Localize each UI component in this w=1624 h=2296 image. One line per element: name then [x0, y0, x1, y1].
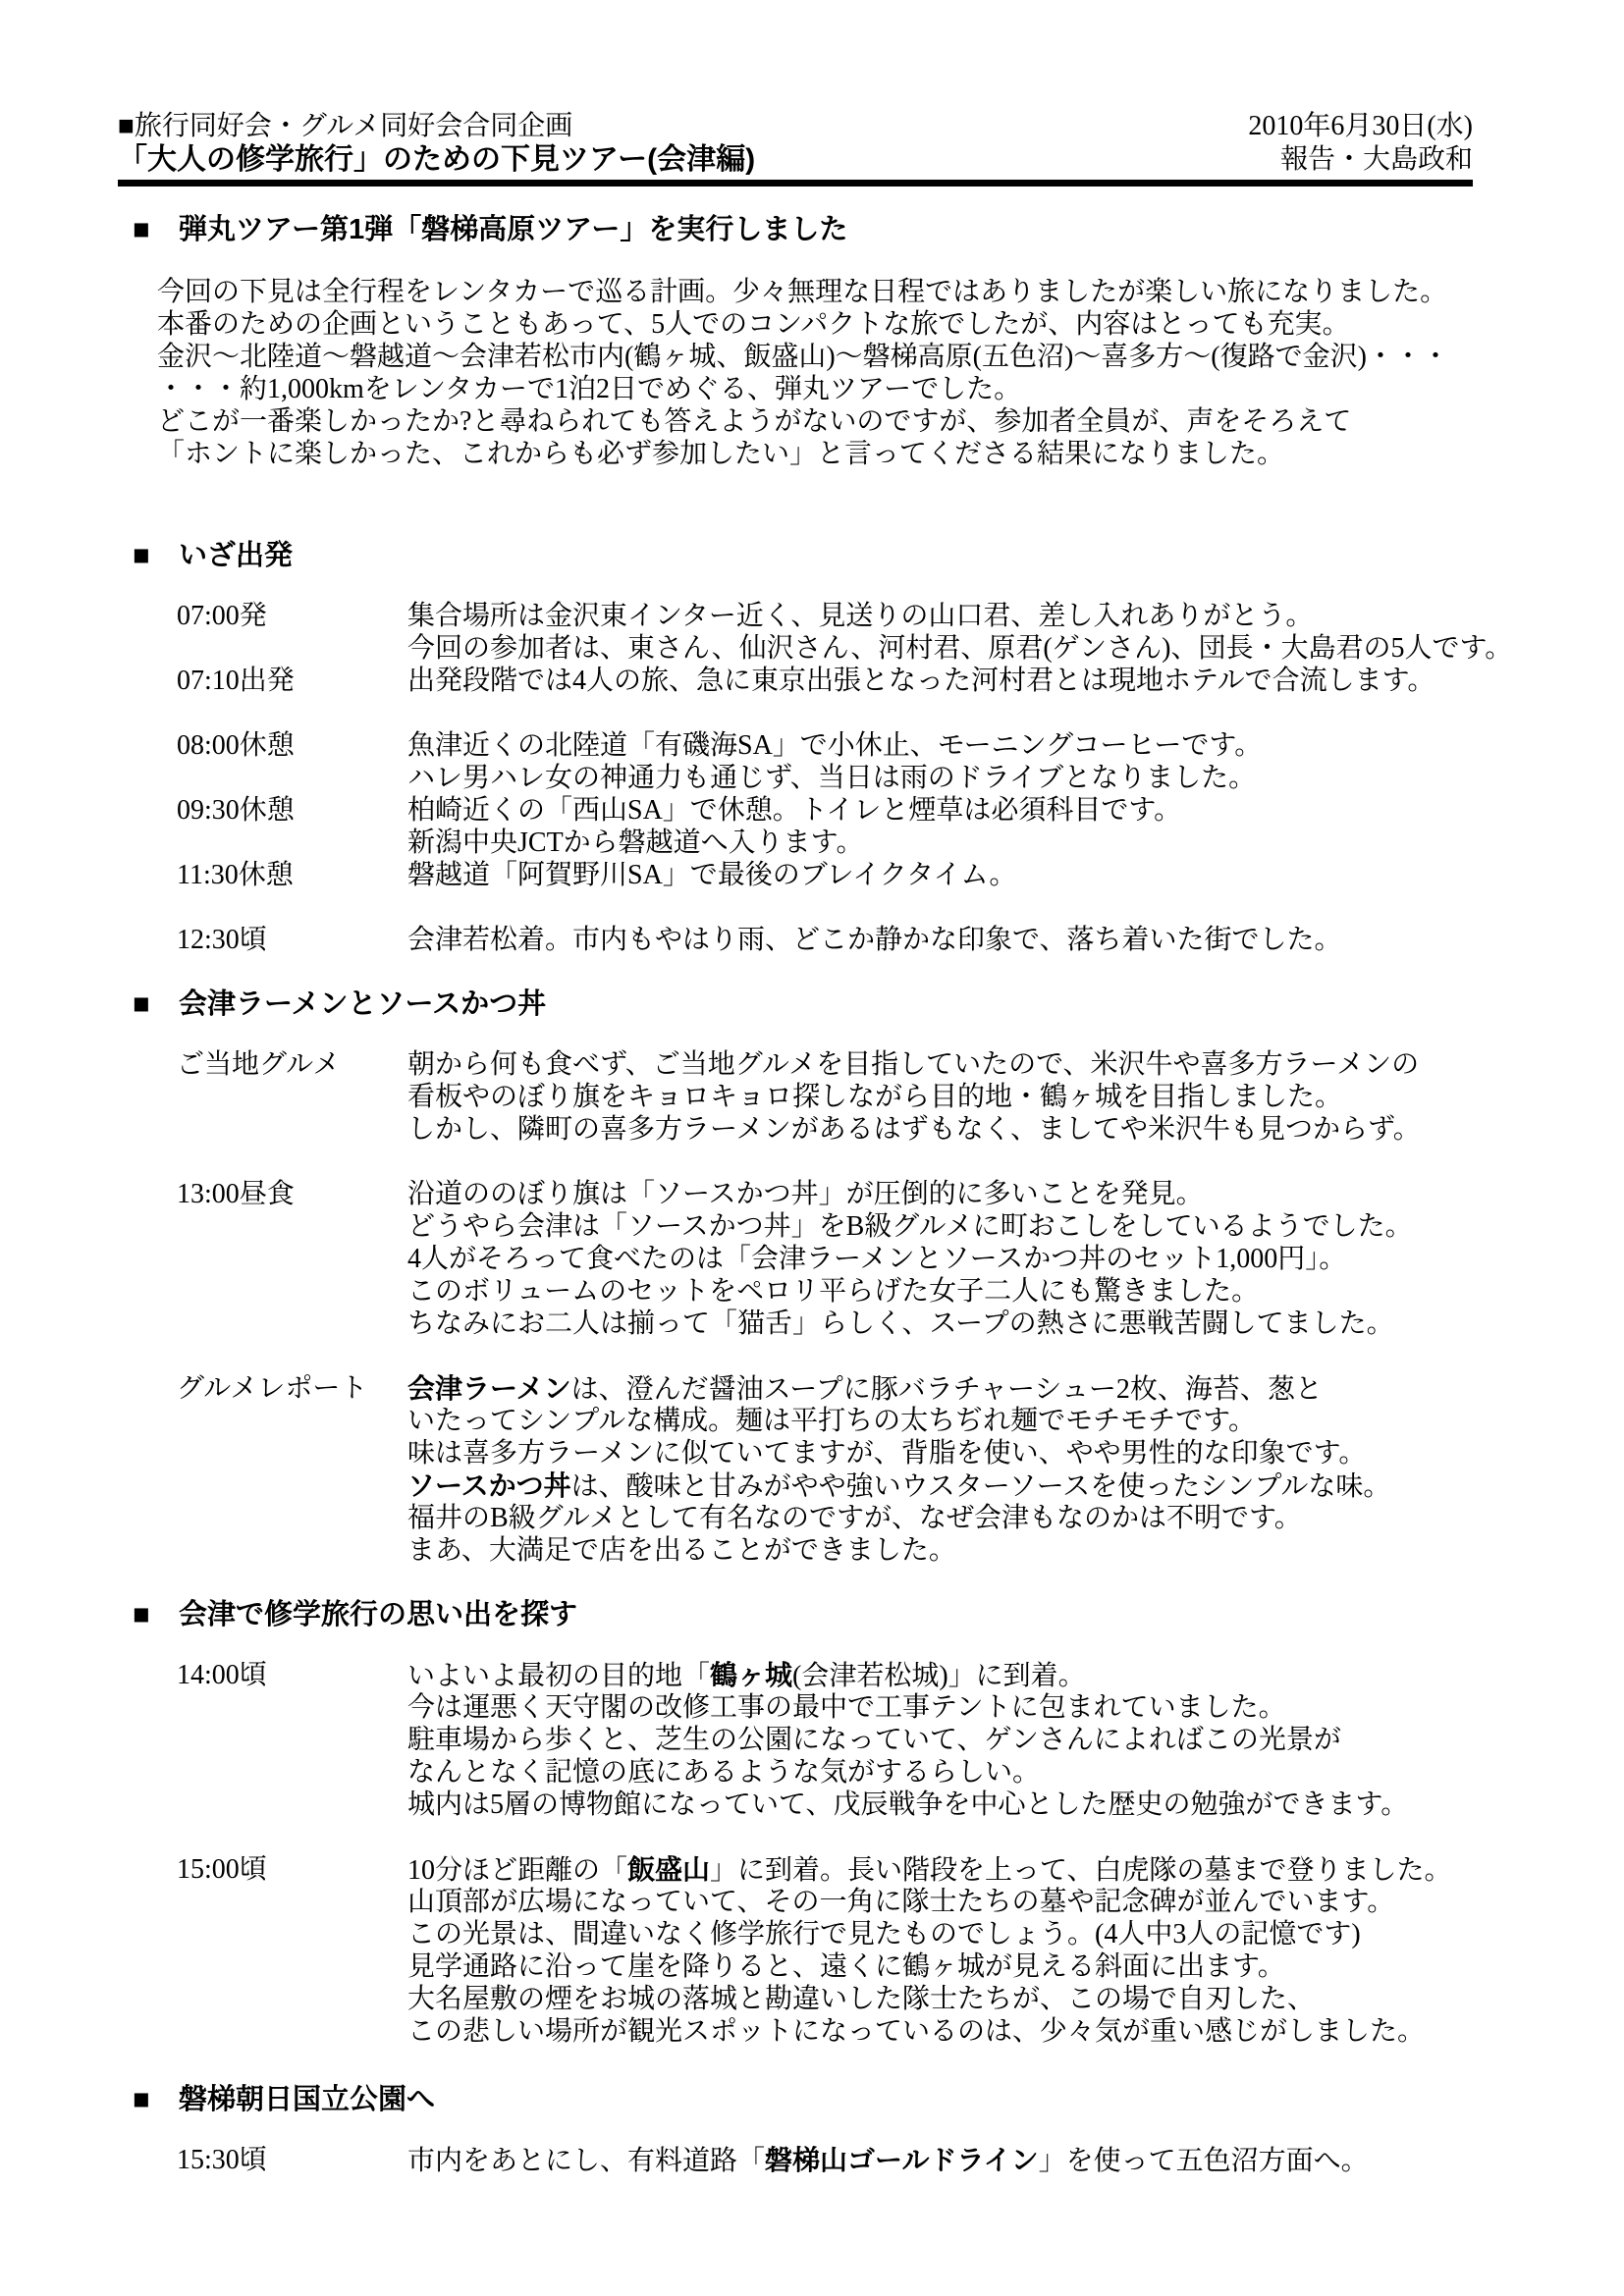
body-line: このボリュームのセットをペロリ平らげた女子二人にも驚きました。 — [407, 1275, 1502, 1308]
body-line: どこが一番楽しかったか?と尋ねられても答えようがないのですが、参加者全員が、声を… — [157, 405, 1502, 438]
body-line: 柏崎近くの「西山SA」で休憩。トイレと煙草は必須科目です。 — [407, 794, 1502, 827]
timeline-row: 09:30休憩 柏崎近くの「西山SA」で休憩。トイレと煙草は必須科目です。 新潟… — [133, 794, 1502, 859]
timeline-row: 07:10出発 出発段階では4人の旅、急に東京出張となった河村君とは現地ホテルで… — [133, 665, 1502, 697]
section-title-text: 会津で修学旅行の思い出を探す — [179, 1598, 577, 1631]
timeline-row: 15:00頃 10分ほど距離の「飯盛山」に到着。長い階段を上って、白虎隊の墓まで… — [133, 1853, 1502, 2048]
row-label: 12:30頃 — [177, 924, 267, 956]
body-line: 看板やのぼり旗をキョロキョロ探しながら目的地・鶴ヶ城を目指しました。 — [407, 1081, 1502, 1113]
body-line: 新潟中央JCTから磐越道へ入ります。 — [407, 827, 1502, 859]
body-line: 本番のための企画ということもあって、5人でのコンパクトな旅でしたが、内容はとって… — [157, 308, 1502, 341]
header-divider — [118, 180, 1473, 187]
timeline-group: 12:30頃 会津若松着。市内もやはり雨、どこか静かな印象で、落ち着いた街でした… — [133, 924, 1502, 956]
section-bandai-asahi-park: ■ 磐梯朝日国立公園へ 15:30頃 市内をあとにし、有料道路「磐梯山ゴールドラ… — [133, 2083, 1502, 2176]
section-bullet-tour: ■ 弾丸ツアー第1弾「磐梯高原ツアー」を実行しました 今回の下見は全行程をレンタ… — [133, 213, 1502, 470]
body-line: 市内をあとにし、有料道路「磐梯山ゴールドライン」を使って五色沼方面へ。 — [407, 2144, 1502, 2176]
row-label: 09:30休憩 — [177, 794, 295, 827]
row-label: 08:00休憩 — [177, 729, 295, 762]
body-line: 山頂部が広場になっていて、その一角に隊士たちの墓や記念碑が並んでいます。 — [407, 1886, 1502, 1918]
organization-line: ■旅行同好会・グルメ同好会合同企画 — [118, 110, 755, 143]
section-title-text: いざ出発 — [179, 539, 293, 572]
body-line: 朝から何も食べず、ご当地グルメを目指していたので、米沢牛や喜多方ラーメンの — [407, 1048, 1502, 1081]
body-line: この光景は、間違いなく修学旅行で見たものでしょう。(4人中3人の記憶です) — [407, 1918, 1502, 1950]
section-title: ■ 弾丸ツアー第1弾「磐梯高原ツアー」を実行しました — [133, 213, 1502, 246]
section-title: ■ いざ出発 — [133, 539, 1502, 572]
body-line: 金沢〜北陸道〜磐越道〜会津若松市内(鶴ヶ城、飯盛山)〜磐梯高原(五色沼)〜喜多方… — [157, 341, 1502, 373]
body-line: 沿道ののぼり旗は「ソースかつ丼」が圧倒的に多いことを発見。 — [407, 1178, 1502, 1210]
body-line: ハレ男ハレ女の神通力も通じず、当日は雨のドライブとなりました。 — [407, 762, 1502, 794]
body-line: まあ、大満足で店を出ることができました。 — [407, 1534, 1502, 1567]
body-line: 10分ほど距離の「飯盛山」に到着。長い階段を上って、白虎隊の墓まで登りました。 — [407, 1853, 1502, 1886]
section-title: ■ 会津で修学旅行の思い出を探す — [133, 1598, 1502, 1631]
section-gourmet: ■ 会津ラーメンとソースかつ丼 ご当地グルメ 朝から何も食べず、ご当地グルメを目… — [133, 988, 1502, 1567]
section-title-text: 弾丸ツアー第1弾「磐梯高原ツアー」を実行しました — [179, 213, 847, 246]
report-date: 2010年6月30日(水) — [1248, 110, 1473, 143]
row-label: 15:00頃 — [177, 1853, 267, 1886]
body-line: 「ホントに楽しかった、これからも必ず参加したい」と言ってくださる結果になりました… — [157, 438, 1502, 470]
row-label: 07:00発 — [177, 600, 267, 632]
timeline-row: 08:00休憩 魚津近くの北陸道「有磯海SA」で小休止、モーニングコーヒーです。… — [133, 729, 1502, 794]
body-line: どうやら会津は「ソースかつ丼」をB級グルメに町おこしをしているようでした。 — [407, 1210, 1502, 1243]
body-line: 今回の下見は全行程をレンタカーで巡る計画。少々無理な日程ではありましたが楽しい旅… — [157, 276, 1502, 308]
timeline-row: ご当地グルメ 朝から何も食べず、ご当地グルメを目指していたので、米沢牛や喜多方ラ… — [133, 1048, 1502, 1146]
body-line: しかし、隣町の喜多方ラーメンがあるはずもなく、ましてや米沢牛も見つからず。 — [407, 1113, 1502, 1146]
body-line: 福井のB級グルメとして有名なのですが、なぜ会津もなのかは不明です。 — [407, 1502, 1502, 1534]
section-title: ■ 会津ラーメンとソースかつ丼 — [133, 988, 1502, 1021]
section-school-trip-memories: ■ 会津で修学旅行の思い出を探す 14:00頃 いよいよ最初の目的地「鶴ヶ城(会… — [133, 1598, 1502, 2048]
body-line: 魚津近くの北陸道「有磯海SA」で小休止、モーニングコーヒーです。 — [407, 729, 1502, 762]
body-line: この悲しい場所が観光スポットになっているのは、少々気が重い感じがしました。 — [407, 2015, 1502, 2048]
row-label: 15:30頃 — [177, 2144, 267, 2176]
row-label: 14:00頃 — [177, 1659, 267, 1691]
body-line: ・・・約1,000kmをレンタカーで1泊2日でめぐる、弾丸ツアーでした。 — [157, 373, 1502, 405]
body-line: 味は喜多方ラーメンに似ていてますが、背脂を使い、やや男性的な印象です。 — [407, 1437, 1502, 1469]
section-marker-icon: ■ — [133, 1598, 179, 1631]
body-line: 見学通路に沿って崖を降りると、遠くに鶴ヶ城が見える斜面に出ます。 — [407, 1950, 1502, 1983]
timeline-row: 14:00頃 いよいよ最初の目的地「鶴ヶ城(会津若松城)」に到着。 今は運悪く天… — [133, 1659, 1502, 1821]
body-line: 今は運悪く天守閣の改修工事の最中で工事テントに包まれていました。 — [407, 1691, 1502, 1724]
body-line: 駐車場から歩くと、芝生の公園になっていて、ゲンさんによればこの光景が — [407, 1724, 1502, 1756]
intro-paragraph: 今回の下見は全行程をレンタカーで巡る計画。少々無理な日程ではありましたが楽しい旅… — [157, 276, 1502, 470]
body-line: 城内は5層の博物館になっていて、戊辰戦争を中心とした歴史の勉強ができます。 — [407, 1789, 1502, 1821]
body-line: 出発段階では4人の旅、急に東京出張となった河村君とは現地ホテルで合流します。 — [407, 665, 1502, 697]
header-left: ■旅行同好会・グルメ同好会合同企画 「大人の修学旅行」のための下見ツアー(会津編… — [118, 110, 755, 177]
body-line: いよいよ最初の目的地「鶴ヶ城(会津若松城)」に到着。 — [407, 1659, 1502, 1691]
body-line: なんとなく記憶の底にあるような気がするらしい。 — [407, 1756, 1502, 1789]
row-label: 11:30休憩 — [177, 859, 294, 891]
section-marker-icon: ■ — [133, 988, 179, 1021]
timeline-row: 13:00昼食 沿道ののぼり旗は「ソースかつ丼」が圧倒的に多いことを発見。 どう… — [133, 1178, 1502, 1340]
section-title: ■ 磐梯朝日国立公園へ — [133, 2083, 1502, 2116]
section-marker-icon: ■ — [133, 539, 179, 572]
section-marker-icon: ■ — [133, 213, 179, 246]
body-line: 今回の参加者は、東さん、仙沢さん、河村君、原君(ゲンさん)、団長・大島君の5人で… — [407, 632, 1502, 665]
body-line: 磐越道「阿賀野川SA」で最後のブレイクタイム。 — [407, 859, 1502, 891]
body-line: ちなみにお二人は揃って「猫舌」らしく、スープの熱さに悪戦苦闘してました。 — [407, 1308, 1502, 1340]
section-marker-icon: ■ — [133, 2083, 179, 2116]
timeline-group: 13:00昼食 沿道ののぼり旗は「ソースかつ丼」が圧倒的に多いことを発見。 どう… — [133, 1178, 1502, 1340]
row-label: グルメレポート — [177, 1372, 367, 1405]
body-line: いたってシンプルな構成。麺は平打ちの太ちぢれ麺でモチモチです。 — [407, 1405, 1502, 1437]
row-label: 13:00昼食 — [177, 1178, 295, 1210]
section-title-text: 磐梯朝日国立公園へ — [179, 2083, 435, 2116]
body-line: 会津ラーメンは、澄んだ醤油スープに豚バラチャーシュー2枚、海苔、葱と — [407, 1372, 1502, 1405]
row-label: 07:10出発 — [177, 665, 295, 697]
body-line: 大名屋敷の煙をお城の落城と勘違いした隊士たちが、この場で自刃した、 — [407, 1983, 1502, 2015]
body-line: 集合場所は金沢東インター近く、見送りの山口君、差し入れありがとう。 — [407, 600, 1502, 632]
timeline-group: 15:00頃 10分ほど距離の「飯盛山」に到着。長い階段を上って、白虎隊の墓まで… — [133, 1853, 1502, 2048]
body-line: 4人がそろって食べたのは「会津ラーメンとソースかつ丼のセット1,000円」。 — [407, 1243, 1502, 1275]
document-header: ■旅行同好会・グルメ同好会合同企画 「大人の修学旅行」のための下見ツアー(会津編… — [118, 110, 1473, 177]
document-title: 「大人の修学旅行」のための下見ツアー(会津編) — [118, 143, 755, 177]
header-right: 2010年6月30日(水) 報告・大島政和 — [1248, 110, 1473, 177]
timeline-row: グルメレポート 会津ラーメンは、澄んだ醤油スープに豚バラチャーシュー2枚、海苔、… — [133, 1372, 1502, 1567]
timeline-row: 12:30頃 会津若松着。市内もやはり雨、どこか静かな印象で、落ち着いた街でした… — [133, 924, 1502, 956]
timeline-group: ご当地グルメ 朝から何も食べず、ご当地グルメを目指していたので、米沢牛や喜多方ラ… — [133, 1048, 1502, 1146]
timeline-group: 07:00発 集合場所は金沢東インター近く、見送りの山口君、差し入れありがとう。… — [133, 600, 1502, 697]
timeline-group: グルメレポート 会津ラーメンは、澄んだ醤油スープに豚バラチャーシュー2枚、海苔、… — [133, 1372, 1502, 1567]
document-page: ■旅行同好会・グルメ同好会合同企画 「大人の修学旅行」のための下見ツアー(会津編… — [0, 0, 1624, 2296]
section-title-text: 会津ラーメンとソースかつ丼 — [179, 988, 546, 1021]
section-departure: ■ いざ出発 07:00発 集合場所は金沢東インター近く、見送りの山口君、差し入… — [133, 539, 1502, 956]
timeline-row: 15:30頃 市内をあとにし、有料道路「磐梯山ゴールドライン」を使って五色沼方面… — [133, 2144, 1502, 2176]
timeline-group: 14:00頃 いよいよ最初の目的地「鶴ヶ城(会津若松城)」に到着。 今は運悪く天… — [133, 1659, 1502, 1821]
timeline-group: 08:00休憩 魚津近くの北陸道「有磯海SA」で小休止、モーニングコーヒーです。… — [133, 729, 1502, 891]
timeline-group: 15:30頃 市内をあとにし、有料道路「磐梯山ゴールドライン」を使って五色沼方面… — [133, 2144, 1502, 2176]
row-label: ご当地グルメ — [177, 1048, 340, 1081]
body-line: 会津若松着。市内もやはり雨、どこか静かな印象で、落ち着いた街でした。 — [407, 924, 1502, 956]
body-line: ソースかつ丼は、酸味と甘みがやや強いウスターソースを使ったシンプルな味。 — [407, 1469, 1502, 1502]
timeline-row: 07:00発 集合場所は金沢東インター近く、見送りの山口君、差し入れありがとう。… — [133, 600, 1502, 665]
reporter-name: 報告・大島政和 — [1248, 143, 1473, 177]
timeline-row: 11:30休憩 磐越道「阿賀野川SA」で最後のブレイクタイム。 — [133, 859, 1502, 891]
